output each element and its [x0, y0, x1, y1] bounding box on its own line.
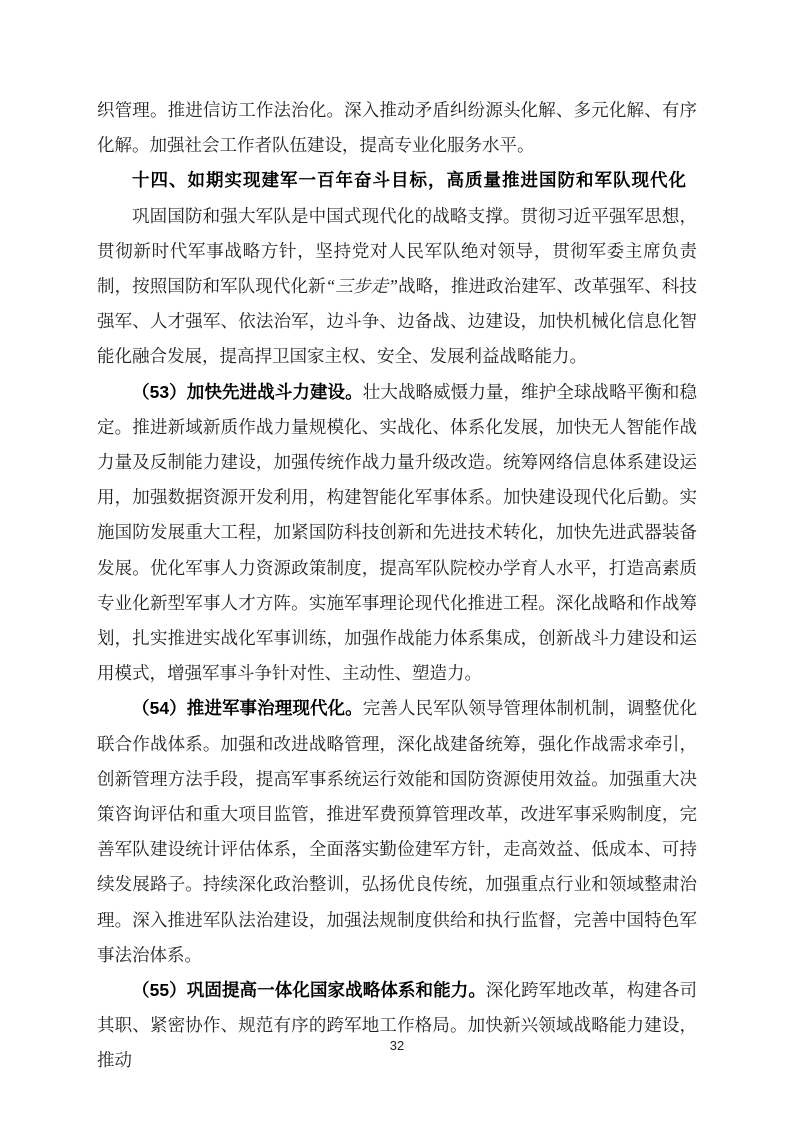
clause-53-text: 壮大战略威慑力量，维护全球战略平衡和稳定。推进新域新质作战力量规模化、实战化、体… — [97, 382, 697, 684]
document-page: 织管理。推进信访工作法治化。深入推动矛盾纠纷源头化解、多元化解、有序化解。加强社… — [0, 0, 794, 1123]
paragraph-clause-55: （55）巩固提高一体化国家战略体系和能力。深化跨军地改革，构建各司其职、紧密协作… — [97, 973, 697, 1079]
paragraph-clause-54: （54）推进军事治理现代化。完善人民军队领导管理体制机制，调整优化联合作战体系。… — [97, 691, 697, 973]
clause-54-text: 完善人民军队领导管理体制机制，调整优化联合作战体系。加强和改进战略管理，深化战建… — [97, 698, 697, 964]
clause-53-lead: （53）加快先进战斗力建设。 — [132, 382, 363, 402]
clause-54-lead: （54）推进军事治理现代化。 — [132, 698, 363, 718]
continued-paragraph: 织管理。推进信访工作法治化。深入推动矛盾纠纷源头化解、多元化解、有序化解。加强社… — [97, 93, 697, 163]
quoted-phrase-three-steps: “三步走” — [326, 276, 398, 296]
paragraph-strategy: 巩固国防和强大军队是中国式现代化的战略支撑。贯彻习近平强军思想，贯彻新时代军事战… — [97, 199, 697, 375]
document-body: 织管理。推进信访工作法治化。深入推动矛盾纠纷源头化解、多元化解、有序化解。加强社… — [97, 93, 697, 1079]
page-number: 32 — [0, 1038, 794, 1053]
paragraph-clause-53: （53）加快先进战斗力建设。壮大战略威慑力量，维护全球战略平衡和稳定。推进新域新… — [97, 375, 697, 692]
section-heading: 十四、如期实现建军一百年奋斗目标，高质量推进国防和军队现代化 — [97, 163, 697, 198]
clause-55-lead: （55）巩固提高一体化国家战略体系和能力。 — [132, 980, 486, 1000]
